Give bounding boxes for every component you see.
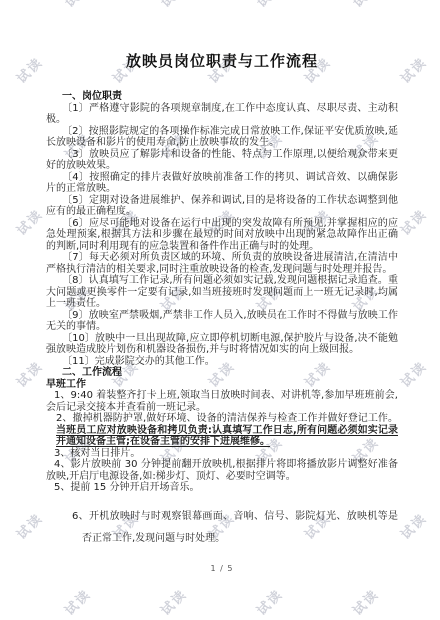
flow-item-2: 2、撤掉机器防护罩,做好环境、设备的清洁保养与检查工作并做好登记工作。当班员工应… <box>46 413 398 448</box>
duty-item-11: 〔11〕完成影院交办的其他工作。 <box>46 356 398 368</box>
flow-item-2-underlined-text: 当班员工应对放映设备和拷贝负责:认真填写工作日志,所有问题必须如实记录并通知设备… <box>56 425 398 448</box>
flow-item-4: 4、影片放映前 30 分钟提前翻开放映机,根据排片将即将播放影片调整好准备放映,… <box>46 459 398 482</box>
duty-item-5: 〔5〕定期对设备进展维护、保养和调试,目的是将设备的工作状态调整到他应有的最正确… <box>46 195 398 218</box>
duty-item-1: 〔1〕严格遵守影院的各项规章制度,在工作中态度认真、尽职尽责、主动积极。 <box>46 103 398 126</box>
section2-heading: 二、工作流程 <box>46 367 398 379</box>
document-page: 试读试读试读试读试读试读试读试读试读试读试读试读试读试读试读试读试读试读试读试读… <box>0 0 440 620</box>
duty-item-4: 〔4〕按照确定的排片表做好放映前准备工作的拷贝、调试音效、以确保影片的正常放映。 <box>46 172 398 195</box>
page-number: 1 / 5 <box>46 564 398 573</box>
flow-item-3: 3、核对当日排片。 <box>46 448 398 460</box>
watermark-text: 试读 <box>252 584 287 619</box>
flow-item-2-text: 2、撤掉机器防护罩,做好环境、设备的清洁保养与检查工作并做好登记工作。 <box>56 413 398 424</box>
duty-item-10: 〔10〕放映中一旦出现故障,应立即停机切断电源,保护胶片与设备,决不能勉强放映造… <box>46 333 398 356</box>
flow-item-1: 1、9:40 着装整齐打卡上班,领取当日放映时间表、对讲机等,参加早班班前会,会… <box>46 390 398 413</box>
duty-item-9: 〔9〕放映室严禁吸烟,严禁非工作人员入,放映员在工作时不得做与放映工作无关的事情… <box>46 310 398 333</box>
watermark-text: 试读 <box>348 584 383 619</box>
watermark-text: 试读 <box>60 584 95 619</box>
morning-shift-heading: 早班工作 <box>46 379 398 391</box>
flow-item-5: 5、提前 15 分钟开启开场音乐。 <box>46 482 398 494</box>
duty-item-3: 〔3〕放映员应了解影片和设备的性能、特点与工作原理,以便给观众带来更好的放映效果… <box>46 149 398 172</box>
duty-item-6: 〔6〕应尽可能地对设备在运行中出现的突发故障有所预见,并掌握相应的应急处理预案,… <box>46 218 398 253</box>
flow-item-6: 6、开机放映时与时观察银幕画面、音响、信号、影院灯光、放映机等是否正常工作,发现… <box>46 506 398 550</box>
watermark-text: 试读 <box>156 584 191 619</box>
document-content: 放映员岗位职责与工作流程 一、岗位职责 〔1〕严格遵守影院的各项规章制度,在工作… <box>0 0 440 573</box>
duty-item-7: 〔7〕每天必须对所负责区域的环境、所负责的放映设备进展清洁,在清洁中严格执行清洁… <box>46 252 398 275</box>
duty-item-8: 〔8〕认真填写工作记录,所有问题必须如实记载,发现问题根据记录追查。重大问题或更… <box>46 275 398 310</box>
section1-heading: 一、岗位职责 <box>46 91 398 103</box>
doc-title: 放映员岗位职责与工作流程 <box>46 50 398 71</box>
duty-item-2: 〔2〕按照影院规定的各项操作标准完成日常放映工作,保证平安优质放映,延长放映设备… <box>46 126 398 149</box>
